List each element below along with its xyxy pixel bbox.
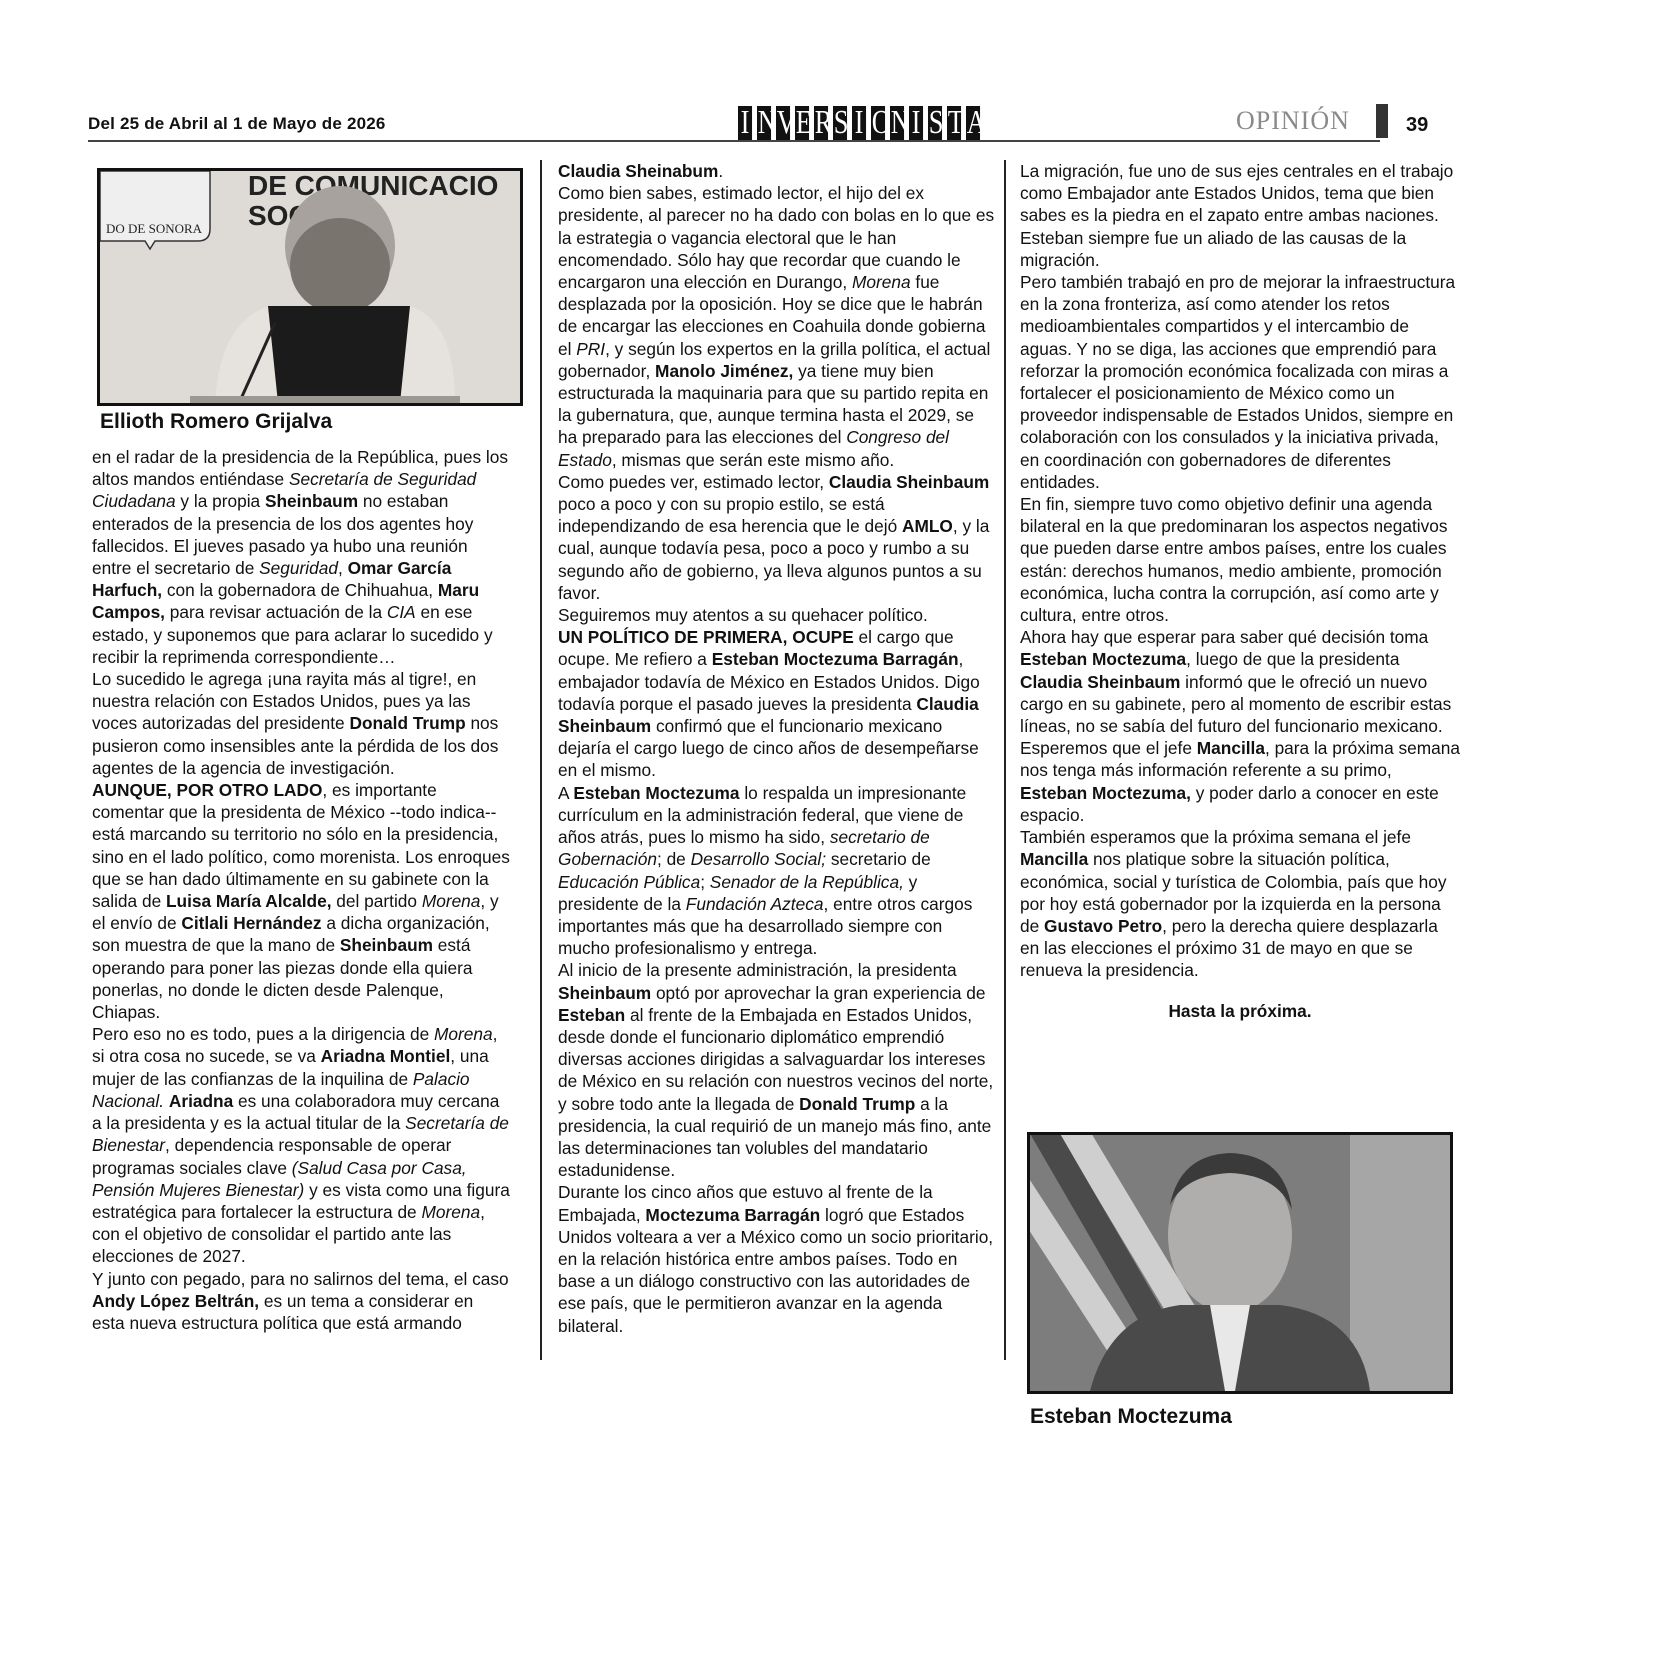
paragraph: Y junto con pegado, para no salirnos del… [92,1268,510,1335]
masthead-letter: I [852,106,866,140]
paragraph: Pero también trabajó en pro de mejorar l… [1020,271,1460,493]
paragraph: en el radar de la presidencia de la Repú… [92,446,510,668]
paragraph: UN POLÍTICO DE PRIMERA, OCUPE el cargo q… [558,626,998,781]
photo-caption: Ellioth Romero Grijalva [100,410,332,434]
issue-date: Del 25 de Abril al 1 de Mayo de 2026 [88,114,386,134]
paragraph: Como puedes ver, estimado lector, Claudi… [558,471,998,604]
paragraph: Pero eso no es todo, pues a la dirigenci… [92,1023,510,1267]
subject-photo [1027,1132,1453,1394]
masthead-letter: A [966,106,980,140]
paragraph: Como bien sabes, estimado lector, el hij… [558,182,998,471]
section-bar [1376,104,1388,138]
column-rule [1004,160,1006,1360]
masthead-letter: S [928,106,942,140]
signoff: Hasta la próxima. [1020,1000,1460,1022]
paragraph: Lo sucedido le agrega ¡una rayita más al… [92,668,510,779]
article-column-1: en el radar de la presidencia de la Repú… [92,446,510,1334]
masthead-letter: O [871,106,885,140]
section-label: OPINIÓN [1236,106,1350,136]
svg-text:DE COMUNICACIO: DE COMUNICACIO [248,171,498,201]
svg-text:DO DE SONORA: DO DE SONORA [106,221,203,236]
paragraph: AUNQUE, POR OTRO LADO, es importante com… [92,779,510,1023]
masthead-letter: T [947,106,961,140]
photo-caption: Esteban Moctezuma [1030,1405,1232,1429]
paragraph: Esperemos que el jefe Mancilla, para la … [1020,737,1460,826]
masthead-logo: INVERSIONISTA [738,106,985,140]
page-number: 39 [1406,114,1428,137]
masthead-letter: N [890,106,904,140]
author-photo: DO DE SONORA DE COMUNICACIO SOC L [97,168,523,406]
portrait-illustration [1030,1135,1450,1391]
paragraph: También esperamos que la próxima semana … [1020,826,1460,981]
paragraph: Durante los cinco años que estuvo al fre… [558,1181,998,1336]
article-column-3: La migración, fue uno de sus ejes centra… [1020,160,1460,1022]
paragraph: Seguiremos muy atentos a su quehacer pol… [558,604,998,626]
masthead-letter: I [909,106,923,140]
paragraph: Al inicio de la presente administración,… [558,959,998,1181]
article-column-2: Claudia Sheinabum. Como bien sabes, esti… [558,160,998,1337]
column-rule [540,160,542,1360]
masthead-letter: I [738,106,752,140]
speaker-photo-illustration: DO DE SONORA DE COMUNICACIO SOC L [100,171,520,403]
paragraph: Ahora hay que esperar para saber qué dec… [1020,626,1460,737]
masthead-letter: S [833,106,847,140]
paragraph: A Esteban Moctezuma lo respalda un impre… [558,782,998,960]
page-header: Del 25 de Abril al 1 de Mayo de 2026 INV… [88,100,1380,142]
masthead-letter: E [795,106,809,140]
masthead-letter: N [757,106,771,140]
paragraph: En fin, siempre tuvo como objetivo defin… [1020,493,1460,626]
masthead-letter: R [814,106,828,140]
paragraph: La migración, fue uno de sus ejes centra… [1020,160,1460,271]
masthead-letter: V [776,106,790,140]
paragraph: Claudia Sheinabum. [558,160,998,182]
